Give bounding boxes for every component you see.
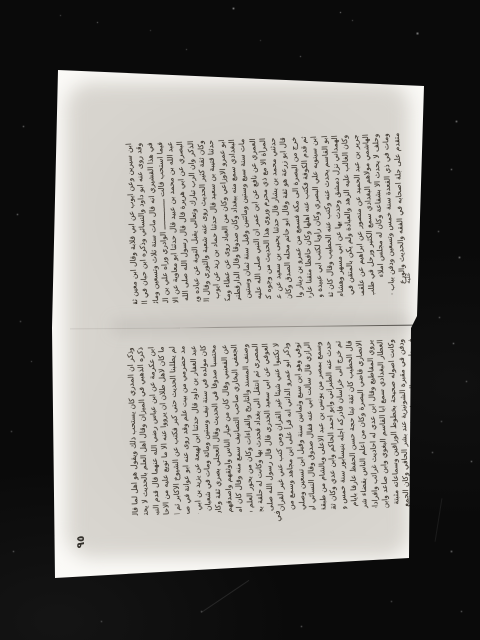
film-scratch <box>201 580 250 613</box>
margin-mark: في <box>266 504 290 528</box>
catchword-note: عليه <box>396 266 420 290</box>
film-dust-speckles <box>0 0 1 1</box>
manuscript-photo: ابن سيرين وعن ايوب عن ابي قلابة وقال ابن… <box>0 0 480 640</box>
page-bottom-text-block: وذكر ان المدري كان يستحب ذلك ويقول هو اه… <box>125 338 422 515</box>
folio-number: ٩٥ <box>67 528 95 556</box>
page-top-text-block: ابن سيرين وعن ايوب عن ابي قلابة وقال ابن… <box>124 133 408 305</box>
manuscript-page-spread: ابن سيرين وعن ايوب عن ابي قلابة وقال ابن… <box>52 66 424 580</box>
film-scratch <box>435 498 443 542</box>
